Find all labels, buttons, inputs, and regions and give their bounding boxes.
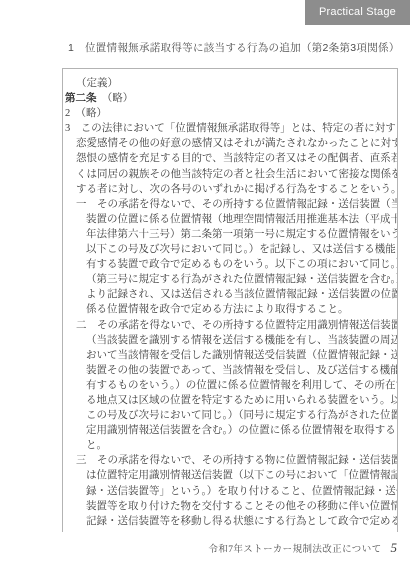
law-text-line: 恋愛感情その他の好意の感情又はそれが満たされなかったことに対する [65,136,395,151]
document-page: Practical Stage 1 位置情報無承諾取得等に該当する行為の追加（第… [0,0,410,580]
law-text-line: 以下この号及び次号において同じ。）を記録し、又は送信する機能を [65,242,395,257]
practical-stage-badge: Practical Stage [305,0,410,25]
law-text-line: 2 （略） [65,106,395,121]
law-text-line: 3 この法律において「位置情報無承諾取得等」とは、特定の者に対する [65,121,395,136]
law-text-line: 定用識別情報送信装置を含む。）の位置に係る位置情報を取得するこ [65,423,395,438]
law-text-line: 怨恨の感情を充足する目的で、当該特定の者又はその配偶者、直系若し [65,151,395,166]
law-text-line: 二 その承諾を得ないで、その所持する位置特定用識別情報送信装置 [65,318,395,333]
law-text-line: （当該装置を識別する情報を送信する機能を有し、当該装置の周辺に [65,333,395,348]
law-text-line: （定義） [65,76,395,91]
law-text-line: 年法律第六十三号）第二条第一項第一号に規定する位置情報をいう。 [65,227,395,242]
law-text-line: より記録され、又は送信される当該位置情報記録・送信装置の位置に [65,287,395,302]
footer-title: 令和7年ストーカー規制法改正について [208,545,381,555]
law-text-box: （定義）第二条 （略）2 （略）3 この法律において「位置情報無承諾取得等」とは… [62,68,398,532]
section-heading: 1 位置情報無承諾取得等に該当する行為の追加（第2条第3項関係） [68,40,400,55]
law-text-line: 有する装置で政令で定めるものをいう。以下この項において同じ。） [65,257,395,272]
article-number: 第二条 [65,92,97,104]
law-text-line: 一 その承諾を得ないで、その所持する位置情報記録・送信装置（当該 [65,197,395,212]
law-text-line: 録・送信装置等」という。）を取り付けること、位置情報記録・送信 [65,484,395,499]
law-text-line: （第三号に規定する行為がされた位置情報記録・送信装置を含む。）に [65,272,395,287]
law-text-line: 装置の位置に係る位置情報（地理空間情報活用推進基本法（平成十九 [65,212,395,227]
law-text-line: は位置特定用識別情報送信装置（以下この号において「位置情報記 [65,468,395,483]
law-text-line: くは同居の親族その他当該特定の者と社会生活において密接な関係を有 [65,167,395,182]
law-text-line: この号及び次号において同じ。）（同号に規定する行為がされた位置特 [65,408,395,423]
law-text-line: おいて当該情報を受信した識別情報送受信装置（位置情報記録・送信 [65,348,395,363]
law-text-line: 三 その承諾を得ないで、その所持する物に位置情報記録・送信装置又 [65,453,395,468]
law-text-line: 装置等を取り付けた物を交付することその他その移動に伴い位置情報 [65,499,395,514]
law-text-line: する者に対し、次の各号のいずれかに掲げる行為をすることをいう。 [65,182,395,197]
law-text-line: 係る位置情報を政令で定める方法により取得すること。 [65,302,395,317]
law-text-line: と。 [65,438,395,453]
page-number: 5 [391,540,398,555]
law-text-line: 装置その他の装置であって、当該情報を受信し、及び送信する機能を [65,363,395,378]
law-text-line: る地点又は区域の位置を特定するために用いられる装置をいう。以下 [65,393,395,408]
law-text-line: 有するものをいう。）の位置に係る位置情報を利用して、その所在す [65,378,395,393]
page-footer: 令和7年ストーカー規制法改正について5 [208,539,397,557]
law-text-line: 記録・送信装置等を移動し得る状態にする行為として政令で定める行 [65,514,395,529]
law-text-line: 第二条 （略） [65,91,395,106]
